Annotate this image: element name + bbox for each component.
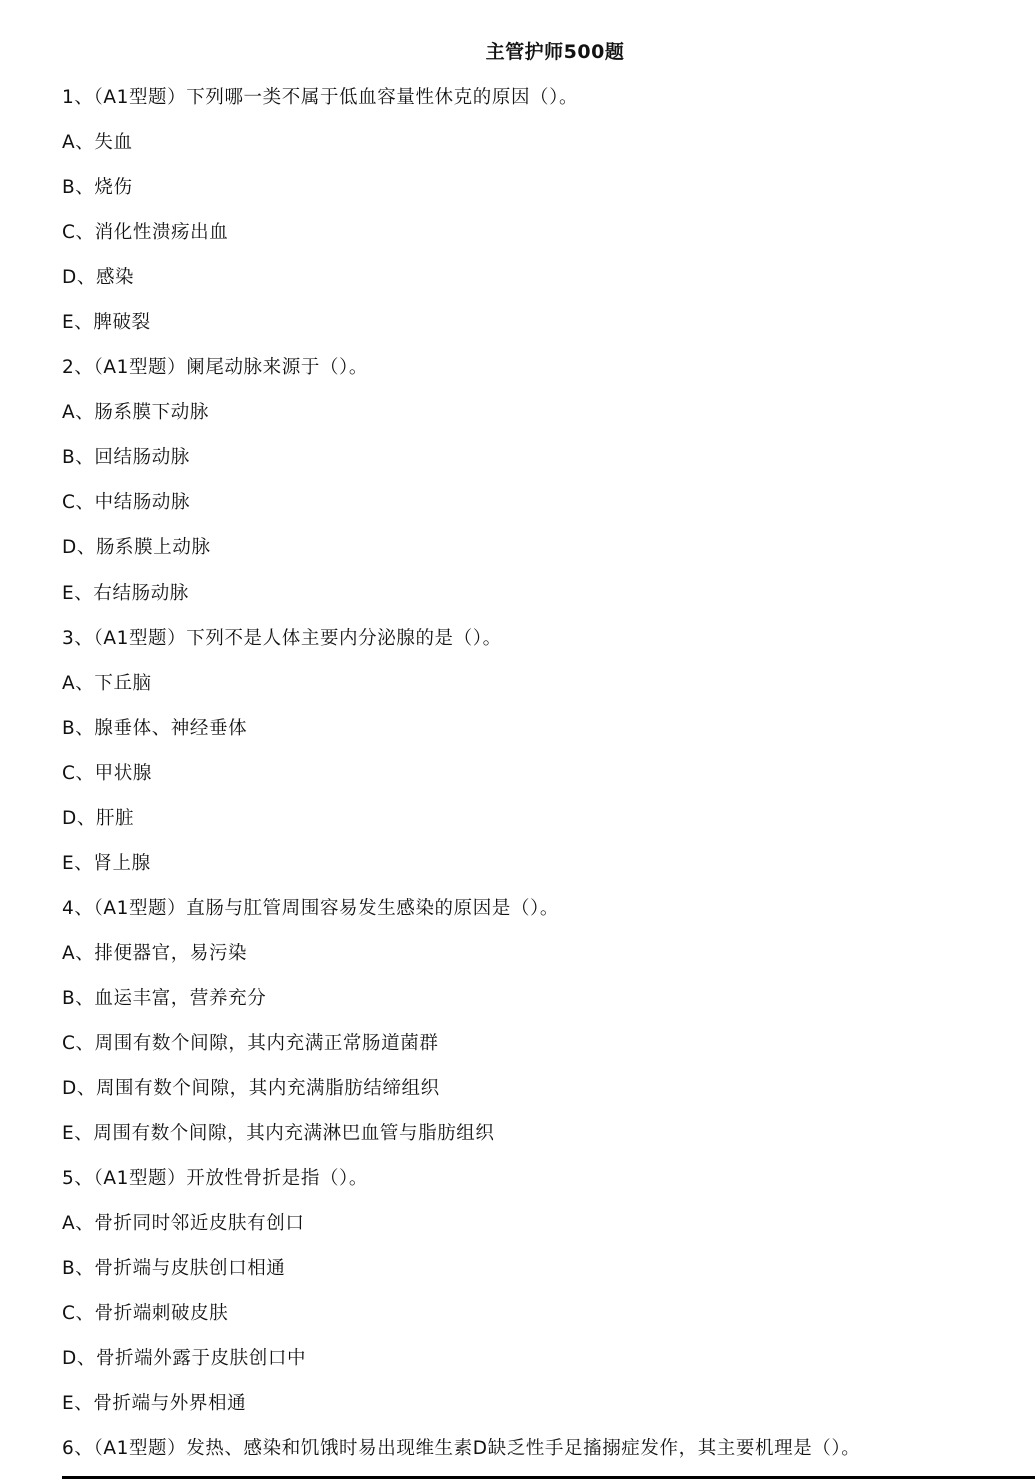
option-d: D、骨折端外露于皮肤创口中 — [62, 1345, 1022, 1390]
question-stem: 3、（A1型题）下列不是人体主要内分泌腺的是（）。 — [62, 625, 1022, 670]
option-d: D、肝脏 — [62, 805, 1022, 850]
option-b: B、血运丰富，营养充分 — [62, 985, 1022, 1030]
option-e: E、骨折端与外界相通 — [62, 1390, 1022, 1435]
option-b: B、骨折端与皮肤创口相通 — [62, 1255, 1022, 1300]
option-c: C、甲状腺 — [62, 760, 1022, 805]
question-stem: 1、（A1型题）下列哪一类不属于低血容量性休克的原因（）。 — [62, 84, 1022, 129]
option-d: D、周围有数个间隙，其内充满脂肪结缔组织 — [62, 1075, 1022, 1120]
page-bottom-rule — [62, 1476, 1035, 1479]
question-stem: 6、（A1型题）发热、感染和饥饿时易出现维生素D缺乏性手足搐搦症发作，其主要机理… — [62, 1435, 1022, 1480]
option-b: B、烧伤 — [62, 174, 1022, 219]
question-5: 5、（A1型题）开放性骨折是指（）。 A、骨折同时邻近皮肤有创口 B、骨折端与皮… — [62, 1165, 1022, 1435]
question-6: 6、（A1型题）发热、感染和饥饿时易出现维生素D缺乏性手足搐搦症发作，其主要机理… — [62, 1435, 1022, 1480]
option-b: B、腺垂体、神经垂体 — [62, 715, 1022, 760]
question-stem: 5、（A1型题）开放性骨折是指（）。 — [62, 1165, 1022, 1210]
question-4: 4、（A1型题）直肠与肛管周围容易发生感染的原因是（）。 A、排便器官，易污染 … — [62, 895, 1022, 1165]
option-e: E、右结肠动脉 — [62, 580, 1022, 625]
question-3: 3、（A1型题）下列不是人体主要内分泌腺的是（）。 A、下丘脑 B、腺垂体、神经… — [62, 625, 1022, 895]
option-e: E、肾上腺 — [62, 850, 1022, 895]
question-1: 1、（A1型题）下列哪一类不属于低血容量性休克的原因（）。 A、失血 B、烧伤 … — [62, 84, 1022, 354]
question-stem: 4、（A1型题）直肠与肛管周围容易发生感染的原因是（）。 — [62, 895, 1022, 940]
option-a: A、肠系膜下动脉 — [62, 399, 1022, 444]
option-d: D、肠系膜上动脉 — [62, 534, 1022, 579]
option-c: C、中结肠动脉 — [62, 489, 1022, 534]
page-title: 主管护师500题 — [0, 38, 1035, 66]
question-stem: 2、（A1型题）阑尾动脉来源于（）。 — [62, 354, 1022, 399]
option-a: A、排便器官，易污染 — [62, 940, 1022, 985]
option-d: D、感染 — [62, 264, 1022, 309]
question-list: 1、（A1型题）下列哪一类不属于低血容量性休克的原因（）。 A、失血 B、烧伤 … — [62, 84, 1022, 1480]
option-a: A、骨折同时邻近皮肤有创口 — [62, 1210, 1022, 1255]
option-c: C、骨折端刺破皮肤 — [62, 1300, 1022, 1345]
option-a: A、失血 — [62, 129, 1022, 174]
option-c: C、周围有数个间隙，其内充满正常肠道菌群 — [62, 1030, 1022, 1075]
option-a: A、下丘脑 — [62, 670, 1022, 715]
option-c: C、消化性溃疡出血 — [62, 219, 1022, 264]
option-b: B、回结肠动脉 — [62, 444, 1022, 489]
question-2: 2、（A1型题）阑尾动脉来源于（）。 A、肠系膜下动脉 B、回结肠动脉 C、中结… — [62, 354, 1022, 624]
option-e: E、脾破裂 — [62, 309, 1022, 354]
option-e: E、周围有数个间隙，其内充满淋巴血管与脂肪组织 — [62, 1120, 1022, 1165]
